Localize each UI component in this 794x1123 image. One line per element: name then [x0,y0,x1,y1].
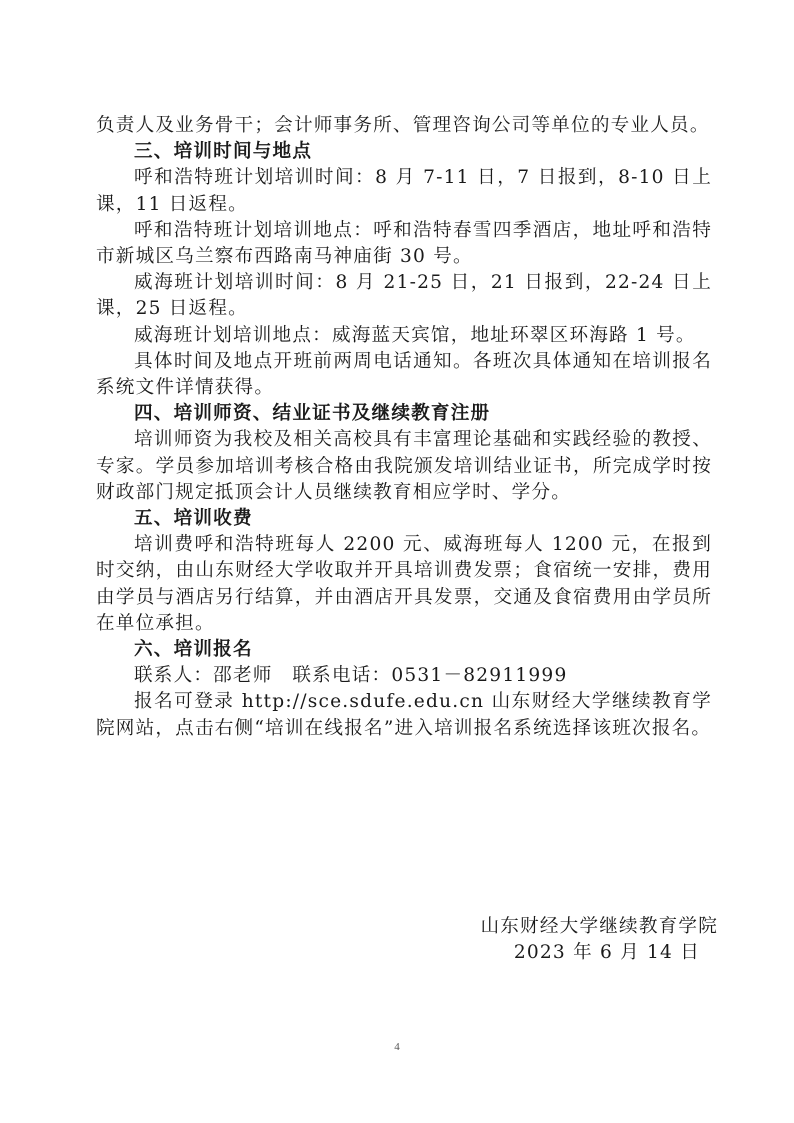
paragraph-contact: 联系人：邵老师 联系电话：0531－82911999 [96,663,712,689]
intro-continuation: 负责人及业务骨干；会计师事务所、管理咨询公司等单位的专业人员。 [96,113,712,139]
signature-organization: 山东财经大学继续教育学院 [480,914,718,940]
document-page: 负责人及业务骨干；会计师事务所、管理咨询公司等单位的专业人员。 三、培训时间与地… [96,113,712,742]
paragraph-hohhot-location: 呼和浩特班计划培训地点：呼和浩特春雪四季酒店，地址呼和浩特市新城区乌兰察布西路南… [96,218,712,270]
paragraph-notice: 具体时间及地点开班前两周电话通知。各班次具体通知在培训报名系统文件详情获得。 [96,349,712,401]
section-heading: 四、培训师资、结业证书及继续教育注册 [96,401,712,427]
section-heading: 六、培训报名 [96,637,712,663]
paragraph-hohhot-time: 呼和浩特班计划培训时间：8 月 7-11 日，7 日报到，8-10 日上课，11… [96,165,712,217]
signature-date: 2023 年 6 月 14 日 [514,940,700,966]
section-teachers-certificate: 四、培训师资、结业证书及继续教育注册 培训师资为我校及相关高校具有丰富理论基础和… [96,401,712,506]
paragraph-fees: 培训费呼和浩特班每人 2200 元、威海班每人 1200 元，在报到时交纳，由山… [96,532,712,637]
paragraph-weihai-time: 威海班计划培训时间：8 月 21-25 日，21 日报到，22-24 日上课，2… [96,270,712,322]
section-registration: 六、培训报名 联系人：邵老师 联系电话：0531－82911999 报名可登录 … [96,637,712,742]
page-number: 4 [0,1041,794,1053]
section-time-location: 三、培训时间与地点 呼和浩特班计划培训时间：8 月 7-11 日，7 日报到，8… [96,139,712,401]
paragraph-weihai-location: 威海班计划培训地点：威海蓝天宾馆，地址环翠区环海路 1 号。 [96,323,712,349]
paragraph-registration-link: 报名可登录 http://sce.sdufe.edu.cn 山东财经大学继续教育… [96,689,712,741]
section-heading: 三、培训时间与地点 [96,139,712,165]
section-heading: 五、培训收费 [96,506,712,532]
section-fees: 五、培训收费 培训费呼和浩特班每人 2200 元、威海班每人 1200 元，在报… [96,506,712,637]
paragraph-teachers: 培训师资为我校及相关高校具有丰富理论基础和实践经验的教授、专家。学员参加培训考核… [96,427,712,506]
